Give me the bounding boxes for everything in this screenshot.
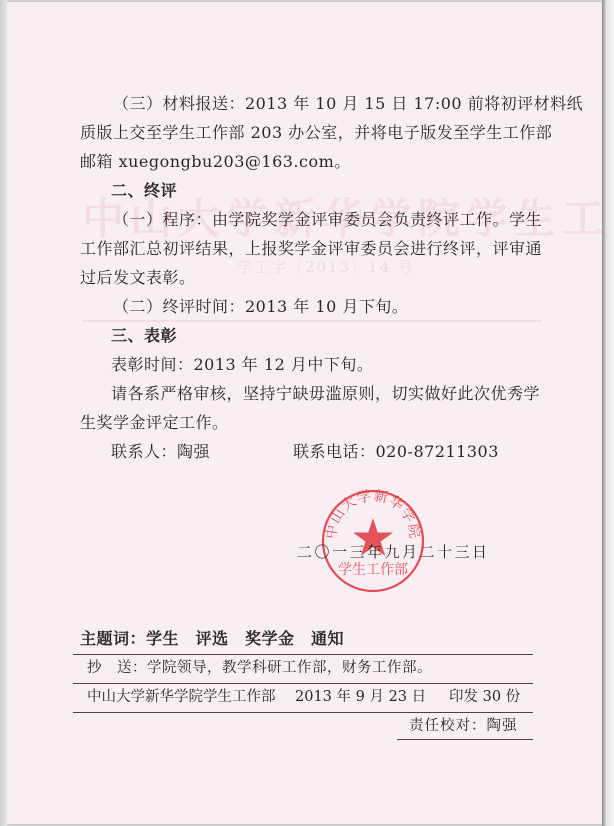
contact-phone: 联系电话：020-87211303 [293, 438, 499, 465]
footer-copies: 印发 30 份 [449, 684, 520, 711]
section1-item3-line2: 质版上交至学生工作部 203 办公室，并将电子版发至学生工作部 [80, 119, 552, 146]
footer-proofreader: 责任校对：陶强 [409, 713, 518, 740]
section2-item1-line2: 工作部汇总初评结果，上报奖学金评审委员会进行终评，评审通 [80, 235, 542, 262]
section3-time: 表彰时间：2013 年 12 月中下旬。 [111, 351, 373, 378]
footer-keywords: 主题词：学生 评选 奖学金 通知 [80, 625, 344, 652]
section3-request-line1: 请各系严格审核，坚持宁缺毋滥原则，切实做好此次优秀学 [111, 380, 540, 407]
section2-heading: 二、终评 [111, 177, 177, 204]
scan-right-edge [602, 0, 614, 826]
document-page: 中山大学新华学院学生工作部文件 学工字〔2013〕14 号 （三）材料报送：20… [7, 2, 602, 824]
section1-item3-line1: （三）材料报送：2013 年 10 月 15 日 17:00 前将初评材料纸 [113, 90, 583, 117]
footer-issuer: 中山大学新华学院学生工作部 [87, 684, 276, 711]
section2-item1-line1: （一）程序：由学院奖学金评审委员会负责终评工作。学生 [113, 206, 542, 233]
signing-date: 二〇一三年九月二十三日 [297, 539, 490, 566]
section1-item3-line3: 邮箱 xuegongbu203@163.com。 [80, 148, 351, 175]
footer-issue-date: 2013 年 9 月 23 日 [295, 684, 426, 711]
footer-rule-4 [397, 739, 533, 740]
section2-item1-line3: 过后发文表彰。 [80, 264, 196, 291]
section3-heading: 三、表彰 [111, 322, 177, 349]
scan-left-edge [0, 0, 7, 826]
footer-cc: 抄 送：学院领导，教学科研工作部，财务工作部。 [87, 655, 432, 682]
section3-request-line2: 生奖学金评定工作。 [80, 409, 229, 436]
section2-item2: （二）终评时间：2013 年 10 月下旬。 [113, 293, 408, 320]
contact-person: 联系人：陶强 [111, 438, 210, 465]
